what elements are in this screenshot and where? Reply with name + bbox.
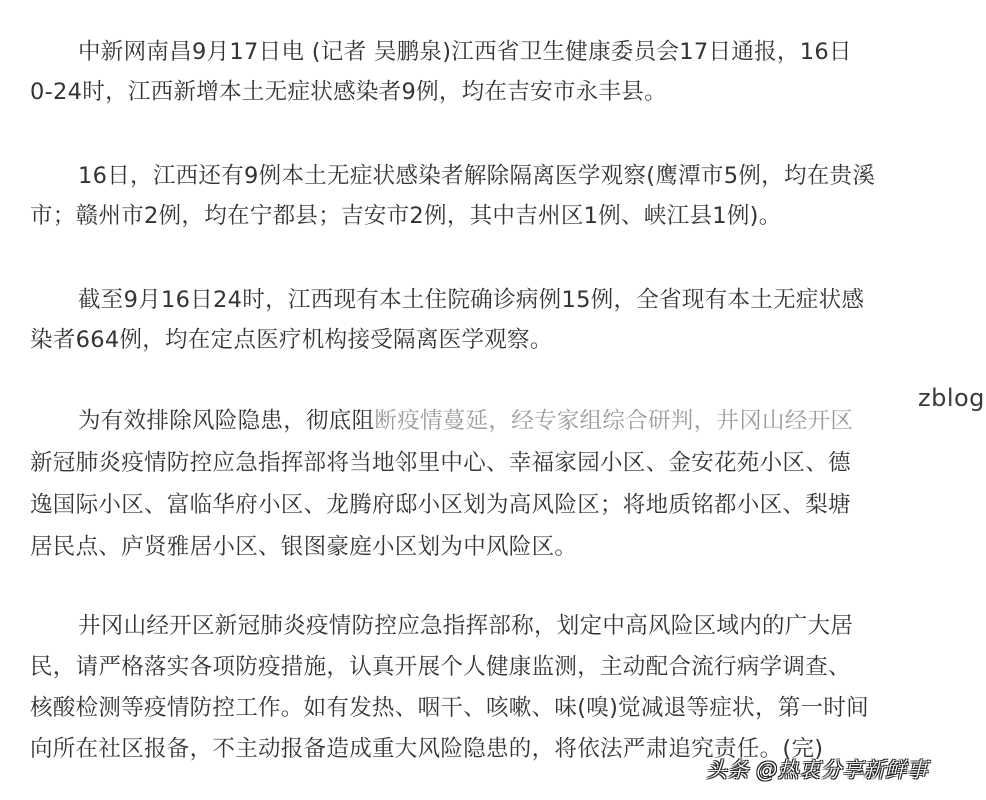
paragraph-line: 0-24时，江西新增本土无症状感染者9例，均在吉安市永丰县。 xyxy=(30,72,950,112)
paragraph-line: 为有效排除风险隐患，彻底阻断疫情蔓延，经专家组综合研判，井冈山经开区 xyxy=(30,400,950,442)
paragraph-line: 新冠肺炎疫情防控应急指挥部将当地邻里中心、幸福家园小区、金安花苑小区、德 xyxy=(30,442,950,484)
line-segment-faded: 断疫情蔓延，经专家组综合研判，井冈山经开区 xyxy=(374,408,853,434)
paragraph-line: 中新网南昌9月17日电 (记者 吴鹏泉)江西省卫生健康委员会17日通报，16日 xyxy=(30,32,950,72)
paragraph-5: 井冈山经开区新冠肺炎疫情防控应急指挥部称，划定中高风险区域内的广大居 民，请严格… xyxy=(30,606,950,770)
paragraph-line: 居民点、庐贤雅居小区、银图豪庭小区划为中风险区。 xyxy=(30,526,950,568)
paragraph-3: 截至9月16日24时，江西现有本土住院确诊病例15例，全省现有本土无症状感 染者… xyxy=(30,280,950,360)
paragraph-1: 中新网南昌9月17日电 (记者 吴鹏泉)江西省卫生健康委员会17日通报，16日 … xyxy=(30,32,950,112)
paragraph-line: 16日，江西还有9例本土无症状感染者解除隔离医学观察(鹰潭市5例，均在贵溪 xyxy=(30,156,950,196)
paragraph-line: 染者664例，均在定点医疗机构接受隔离医学观察。 xyxy=(30,320,950,360)
paragraph-line: 民，请严格落实各项防疫措施，认真开展个人健康监测，主动配合流行病学调查、 xyxy=(30,647,950,688)
zblog-watermark: zblog xyxy=(918,384,985,412)
paragraph-line: 截至9月16日24时，江西现有本土住院确诊病例15例，全省现有本土无症状感 xyxy=(30,280,950,320)
paragraph-line: 核酸检测等疫情防控工作。如有发热、咽干、咳嗽、味(嗅)觉减退等症状，第一时间 xyxy=(30,688,950,729)
line-segment: 为有效排除风险隐患，彻底阻 xyxy=(78,408,374,434)
paragraph-line: 市；赣州市2例，均在宁都县；吉安市2例，其中吉州区1例、峡江县1例)。 xyxy=(30,196,950,236)
paragraph-line: 井冈山经开区新冠肺炎疫情防控应急指挥部称，划定中高风险区域内的广大居 xyxy=(30,606,950,647)
paragraph-2: 16日，江西还有9例本土无症状感染者解除隔离医学观察(鹰潭市5例，均在贵溪 市；… xyxy=(30,156,950,236)
paragraph-4: 为有效排除风险隐患，彻底阻断疫情蔓延，经专家组综合研判，井冈山经开区 新冠肺炎疫… xyxy=(30,400,950,568)
paragraph-line: 逸国际小区、富临华府小区、龙腾府邸小区划为高风险区；将地质铭都小区、梨塘 xyxy=(30,484,950,526)
toutiao-watermark: 头条 @热衷分享新鲜事 xyxy=(706,754,928,784)
